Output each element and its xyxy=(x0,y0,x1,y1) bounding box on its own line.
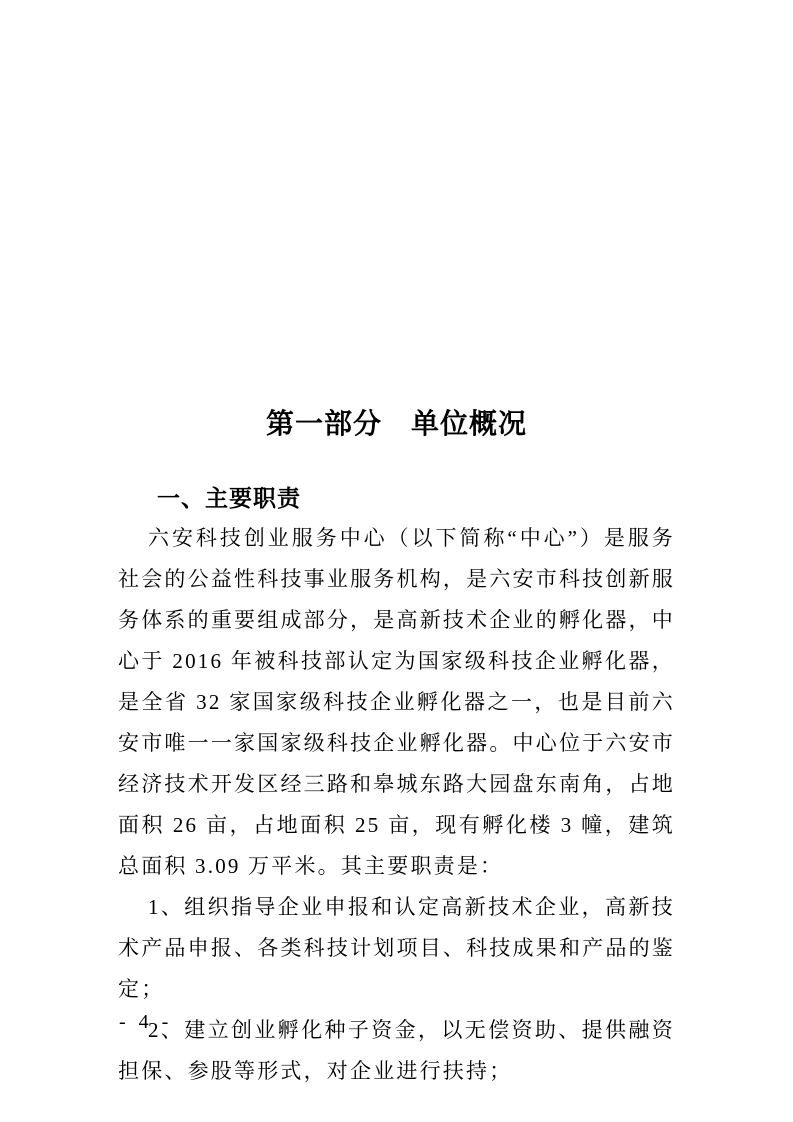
section-heading-main-duties: 一、主要职责 xyxy=(157,485,301,511)
document-page: 第一部分 单位概况 一、主要职责 六安科技创业服务中心（以下简称“中心”）是服务… xyxy=(0,0,793,1122)
document-body: 六安科技创业服务中心（以下简称“中心”）是服务社会的公益性科技事业服务机构，是六… xyxy=(118,518,675,1092)
document-title: 第一部分 单位概况 xyxy=(0,408,793,440)
page-number: - 4 - xyxy=(119,1010,172,1034)
body-paragraph-duty-2: 2、建立创业孵化种子资金，以无偿资助、提供融资担保、参股等形式，对企业进行扶持； xyxy=(118,1010,675,1092)
body-paragraph-duty-1: 1、组织指导企业申报和认定高新技术企业，高新技术产品申报、各类科技计划项目、科技… xyxy=(118,887,675,1010)
body-paragraph-intro: 六安科技创业服务中心（以下简称“中心”）是服务社会的公益性科技事业服务机构，是六… xyxy=(118,518,675,887)
